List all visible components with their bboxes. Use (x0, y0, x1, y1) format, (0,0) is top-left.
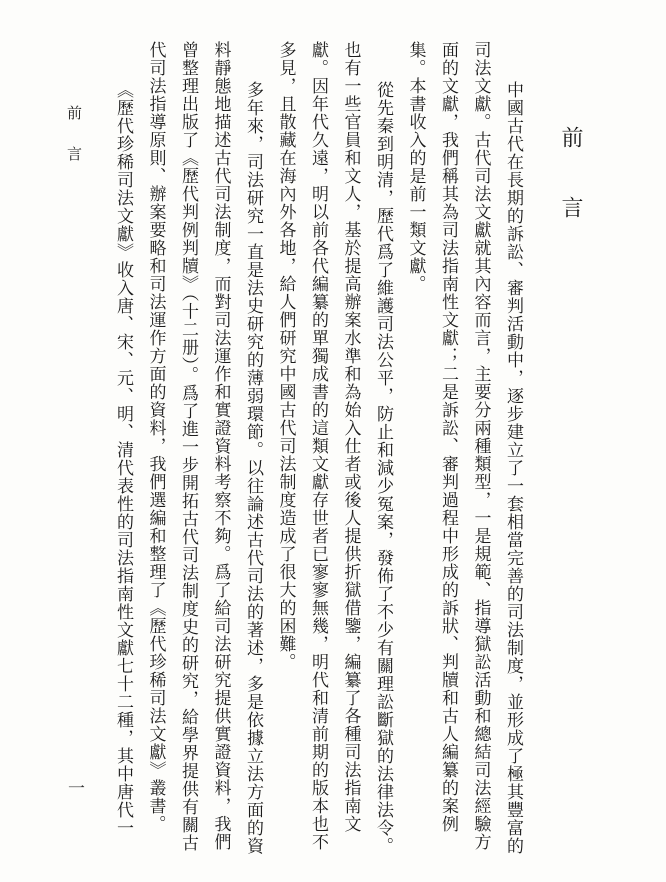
paragraph-1: 中國古代在長期的訴訟、審判活動中，逐步建立了一套相當完善的司法制度，並形成了極其… (399, 41, 529, 855)
running-head: 前言 (64, 105, 85, 187)
paragraph-3: 多年來，司法研究一直是法史研究的薄弱環節。以往論述古代司法的著述，多是依據立法方… (139, 41, 269, 855)
page-title: 前言 (555, 126, 586, 266)
paragraph-4: 《歷代珍稀司法文獻》收入唐、宋、元、明、清代表性的司法指南性文獻七十二種，其中唐… (107, 41, 140, 855)
book-page: 前言 中國古代在長期的訴訟、審判活動中，逐步建立了一套相當完善的司法制度，並形成… (0, 0, 666, 882)
preface-body: 中國古代在長期的訴訟、審判活動中，逐步建立了一套相當完善的司法制度，並形成了極其… (99, 41, 529, 855)
paragraph-2: 從先秦到明清，歷代爲了維護司法公平，防止和減少冤案，發佈了不少有關理訟斷獄的法律… (269, 41, 399, 855)
page-number: 一 (62, 779, 87, 796)
